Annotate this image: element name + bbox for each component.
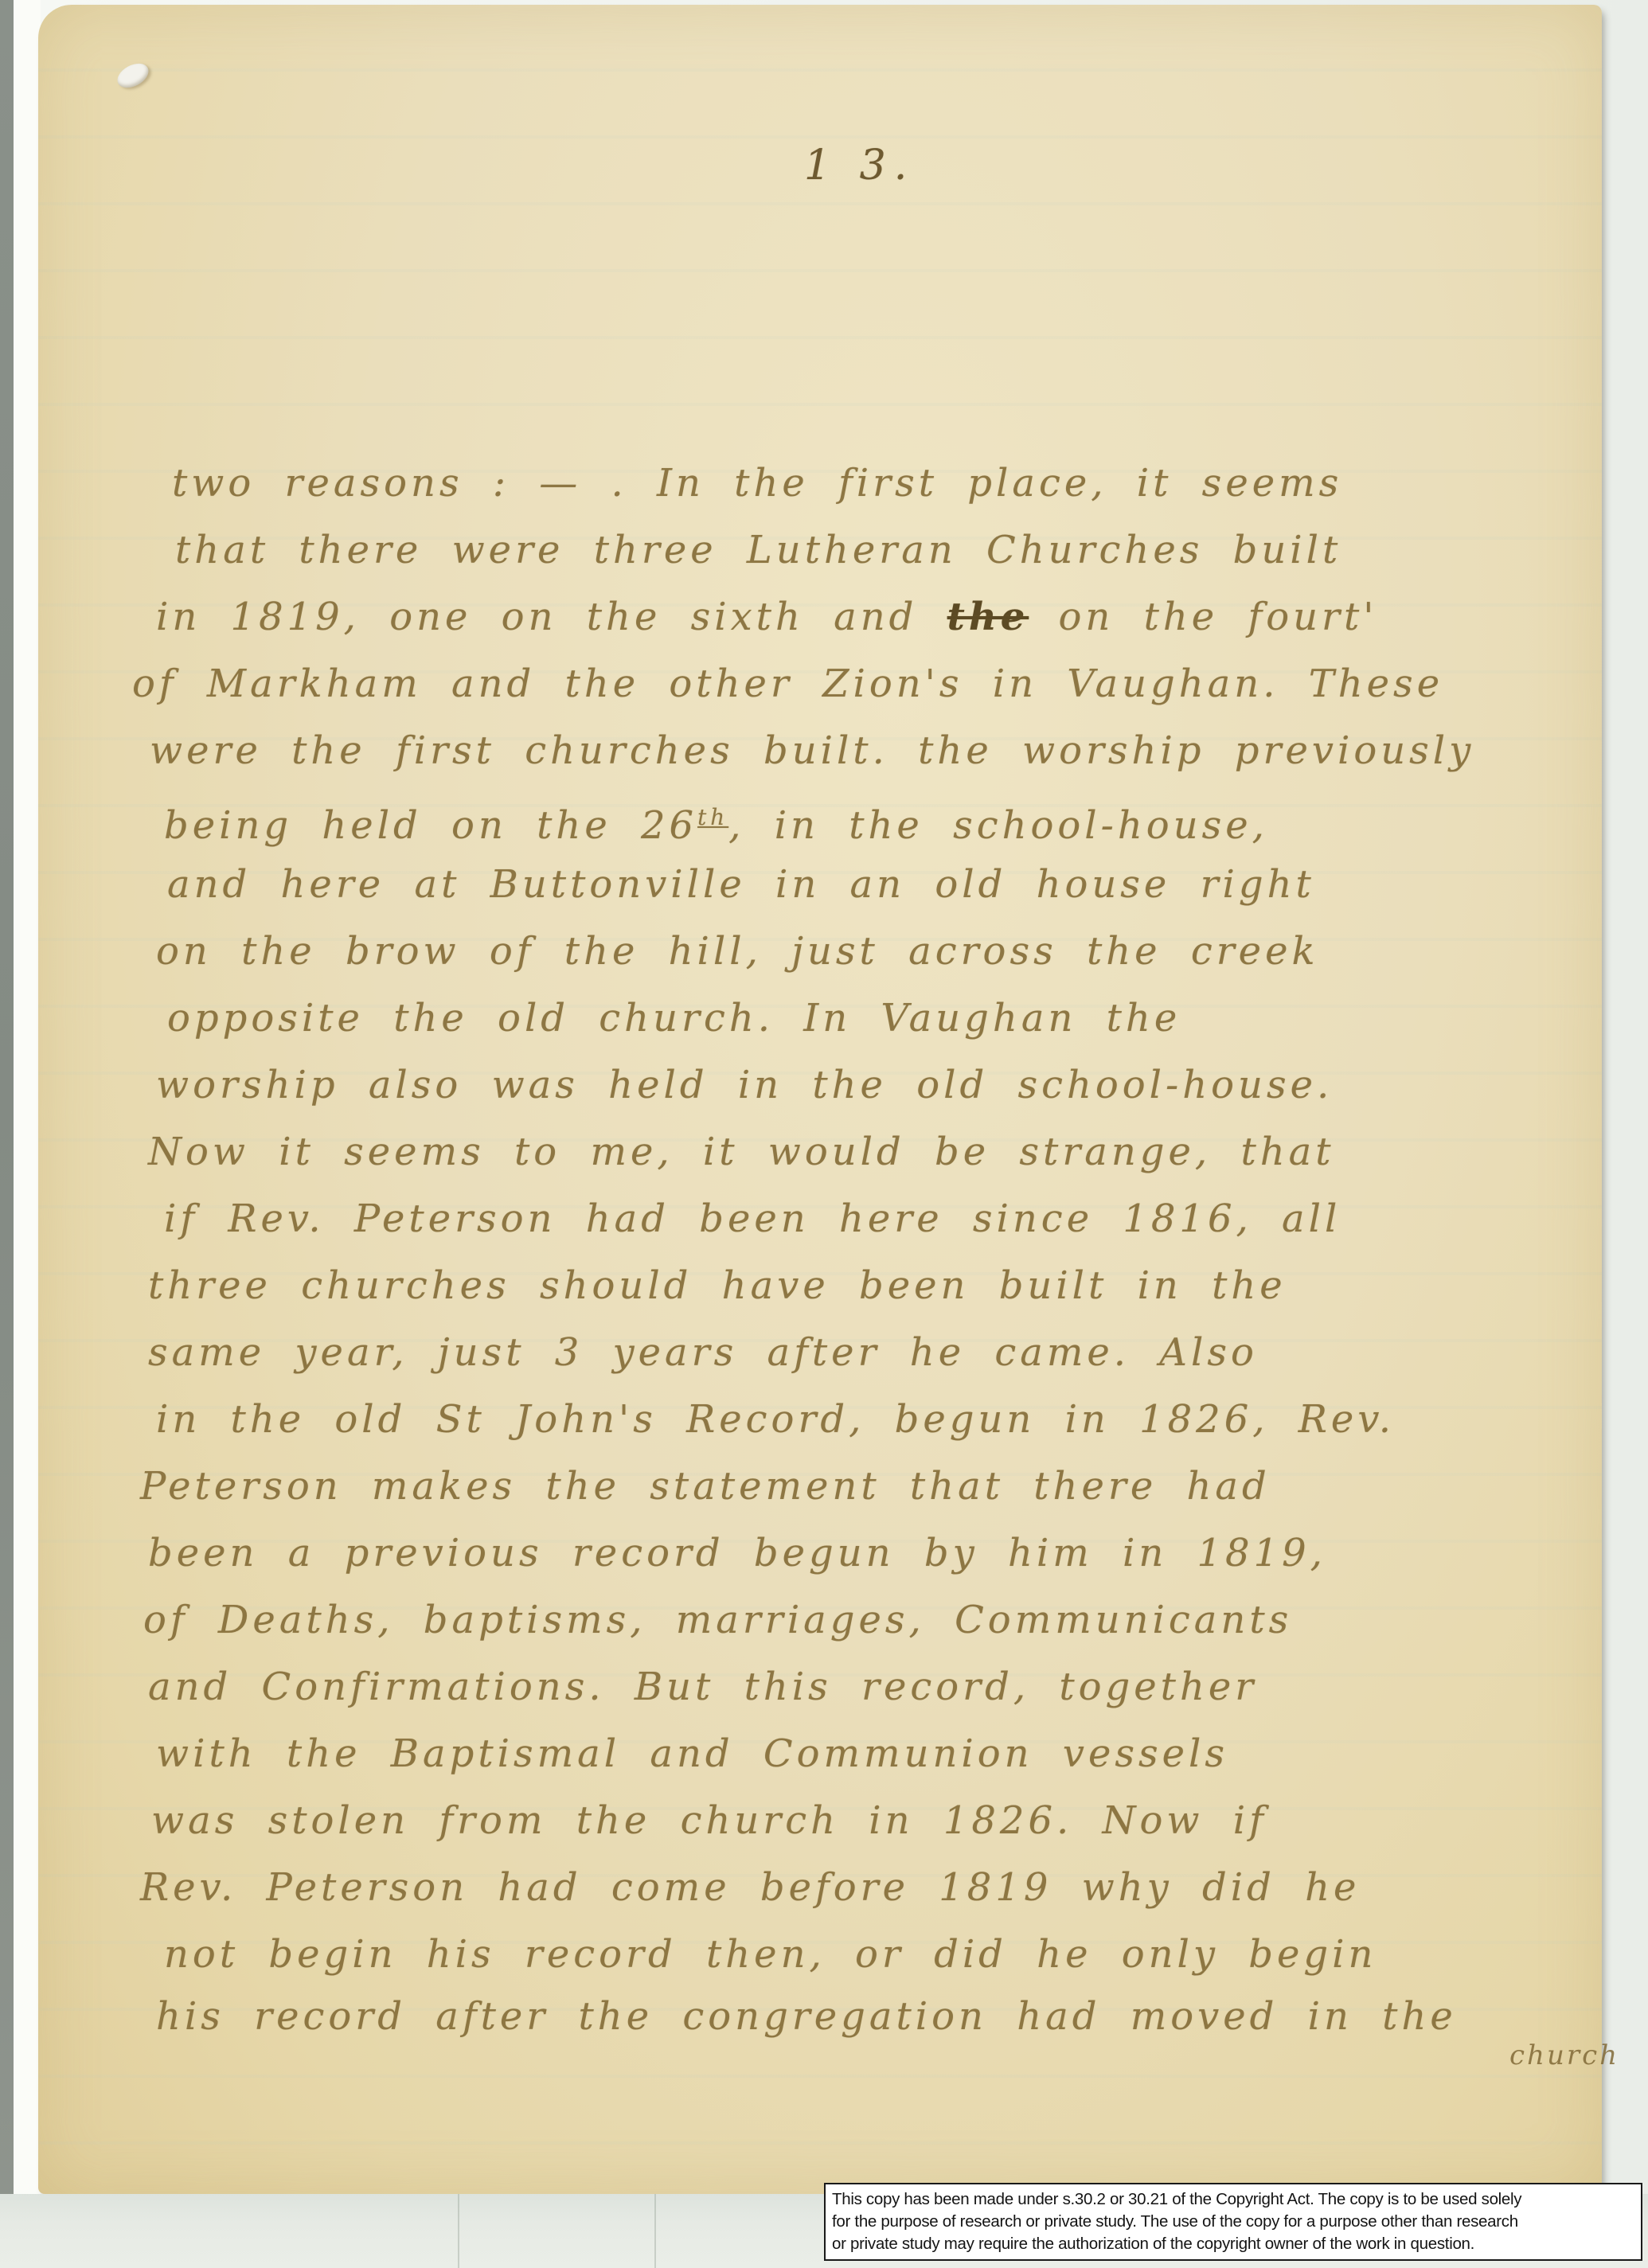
manuscript-line: opposite the old church. In Vaughan the — [167, 998, 1181, 1038]
copyright-stamp-line: or private study may require the authori… — [832, 2233, 1634, 2255]
manuscript-line: two reasons : — . In the first place, it… — [172, 463, 1342, 503]
manuscript-line: Now it seems to me, it would be strange,… — [148, 1132, 1335, 1172]
scanner-edge-strip — [0, 0, 14, 2197]
strikethrough-word: the — [947, 595, 1029, 639]
superscript-ordinal: th — [697, 804, 728, 830]
manuscript-line: with the Baptismal and Communion vessels — [156, 1734, 1228, 1774]
copyright-stamp-line: for the purpose of research or private s… — [832, 2211, 1634, 2233]
scanner-white-gutter — [14, 0, 41, 2197]
copyright-stamp: This copy has been made under s.30.2 or … — [824, 2183, 1642, 2261]
manuscript-line: if Rev. Peterson had been here since 181… — [164, 1199, 1341, 1239]
copyright-stamp-line: This copy has been made under s.30.2 or … — [832, 2188, 1634, 2211]
manuscript-line: being held on the 26th, in the school-ho… — [164, 798, 1268, 845]
scan-seam — [654, 2194, 656, 2268]
manuscript-line: been a previous record begun by him in 1… — [148, 1533, 1326, 1573]
postscript-word: church — [1509, 2040, 1619, 2071]
manuscript-line: and Confirmations. But this record, toge… — [148, 1667, 1257, 1707]
manuscript-line: not begin his record then, or did he onl… — [164, 1934, 1377, 1974]
manuscript-line: was stolen from the church in 1826. Now … — [151, 1801, 1267, 1841]
manuscript-line: same year, just 3 years after he came. A… — [148, 1333, 1258, 1372]
manuscript-line: of Markham and the other Zion's in Vaugh… — [132, 664, 1443, 704]
manuscript-line: were the first churches built. the worsh… — [150, 731, 1474, 771]
scan-seam — [458, 2194, 459, 2268]
manuscript-line-prefix: in 1819, one on the sixth and — [156, 595, 947, 639]
manuscript-text: two reasons : — . In the first place, it… — [38, 5, 1602, 2194]
manuscript-line: of Deaths, baptisms, marriages, Communic… — [143, 1600, 1292, 1640]
manuscript-line-prefix: being held on the 26 — [164, 803, 697, 848]
manuscript-line: that there were three Lutheran Churches … — [175, 530, 1341, 570]
manuscript-line: three churches should have been built in… — [148, 1266, 1287, 1306]
manuscript-line: Rev. Peterson had come before 1819 why d… — [140, 1868, 1360, 1907]
manuscript-line: in the old St John's Record, begun in 18… — [156, 1399, 1395, 1439]
manuscript-line-suffix: on the fourt' — [1029, 595, 1377, 639]
manuscript-line: and here at Buttonville in an old house … — [167, 865, 1315, 904]
paper-sheet: 1 3. two reasons : — . In the first plac… — [38, 5, 1602, 2194]
manuscript-line-suffix: , in the school-house, — [728, 803, 1268, 848]
manuscript-line: in 1819, one on the sixth and the on the… — [156, 597, 1377, 637]
manuscript-line: on the brow of the hill, just across the… — [156, 931, 1319, 971]
manuscript-line: worship also was held in the old school-… — [156, 1065, 1333, 1105]
manuscript-line: his record after the congregation had mo… — [156, 1997, 1457, 2036]
manuscript-line: Peterson makes the statement that there … — [140, 1466, 1271, 1506]
